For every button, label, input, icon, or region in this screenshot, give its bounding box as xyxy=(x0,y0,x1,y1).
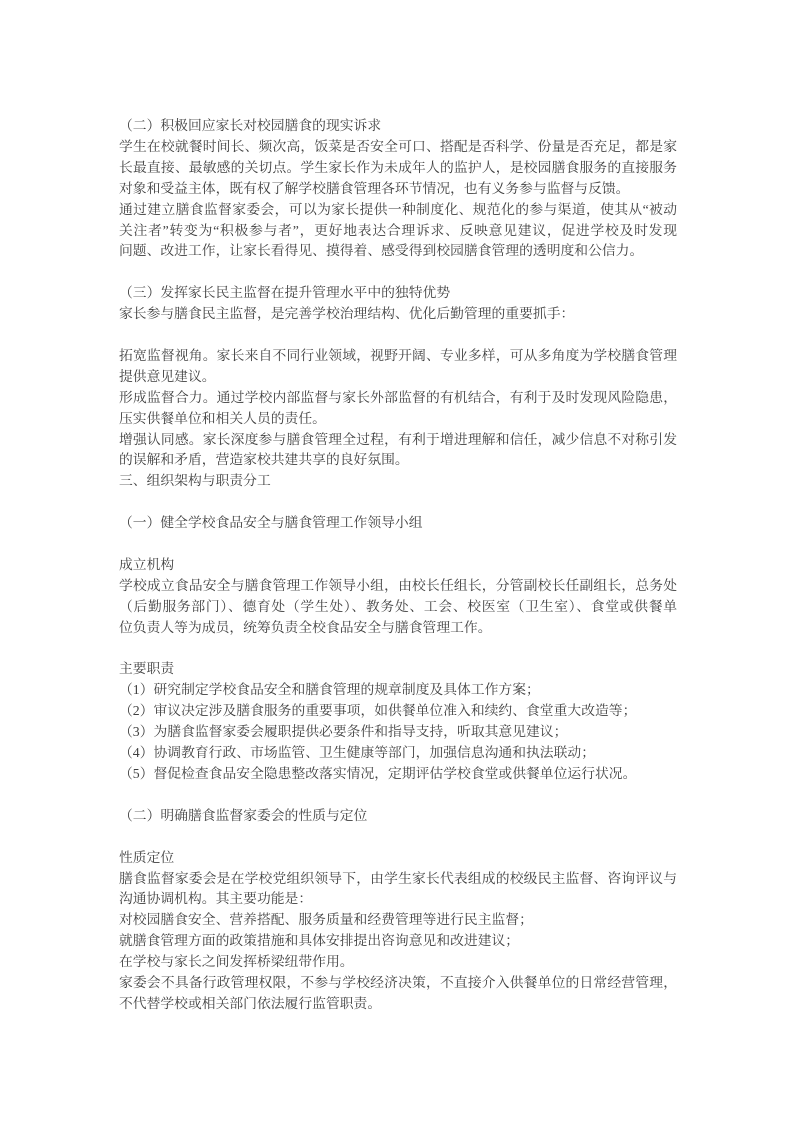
heading-section-2: （二）积极回应家长对校园膳食的现实诉求 xyxy=(119,116,677,137)
document-body: （二）积极回应家长对校园膳食的现实诉求学生在校就餐时间长、频次高，饭菜是否安全可… xyxy=(119,116,677,1015)
duty-item-4-line-1: （4）协调教育行政、市场监管、卫生健康等部门，加强信息沟通和执法联动； xyxy=(119,743,677,764)
subheading-establish-org: 成立机构 xyxy=(119,555,677,576)
para-parents-concerns: 学生在校就餐时间长、频次高，饭菜是否安全可口、搭配是否科学、份量是否充足，都是家… xyxy=(119,137,677,200)
para-broaden-view: 拓宽监督视角。家长来自不同行业领域，视野开阔、专业多样，可从多角度为学校膳食管理… xyxy=(119,346,677,388)
heading-section-2-line-1: （二）积极回应家长对校园膳食的现实诉求 xyxy=(119,116,677,137)
para-broaden-view-line-1: 拓宽监督视角。家长来自不同行业领域，视野开阔、专业多样，可从多角度为学校膳食管理 xyxy=(119,346,677,367)
duty-item-2-line-1: （2）审议决定涉及膳食服务的重要事项，如供餐单位准入和续约、食堂重大改造等； xyxy=(119,701,677,722)
duty-item-2: （2）审议决定涉及膳食服务的重要事项，如供餐单位准入和续约、食堂重大改造等； xyxy=(119,701,677,722)
para-committee-nature-line-1: 膳食监督家委会是在学校党组织领导下，由学生家长代表组成的校级民主监督、咨询评议与 xyxy=(119,869,677,890)
duty-item-1: （1）研究制定学校食品安全和膳食管理的规章制度及具体工作方案； xyxy=(119,680,677,701)
heading-3-1-leading-group: （一）健全学校食品安全与膳食管理工作领导小组 xyxy=(119,513,677,534)
para-leading-group-members-line-1: 学校成立食品安全与膳食管理工作领导小组，由校长任组长，分管副校长任副组长，总务处 xyxy=(119,576,677,597)
para-mutual-trust: 增强认同感。家长深度参与膳食管理全过程，有利于增进理解和信任，减少信息不对称引发… xyxy=(119,430,677,472)
para-leading-group-members-line-3: 位负责人等为成员，统筹负责全校食品安全与膳食管理工作。 xyxy=(119,618,677,639)
para-committee-nature-line-2: 沟通协调机构。其主要功能是： xyxy=(119,889,677,910)
para-supervision-intro: 家长参与膳食民主监督，是完善学校治理结构、优化后勤管理的重要抓手： xyxy=(119,304,677,325)
blank-line-4 xyxy=(119,534,677,555)
blank-line-1 xyxy=(119,262,677,283)
para-broaden-view-line-2: 提供意见建议。 xyxy=(119,367,677,388)
para-mutual-trust-line-1: 增强认同感。家长深度参与膳食管理全过程，有利于增进理解和信任，减少信息不对称引发 xyxy=(119,430,677,451)
function-item-1-line-1: 对校园膳食安全、营养搭配、服务质量和经费管理等进行民主监督； xyxy=(119,910,677,931)
para-leading-group-members-line-2: （后勤服务部门）、德育处（学生处）、教务处、工会、校医室（卫生室）、食堂或供餐单 xyxy=(119,597,677,618)
para-committee-nature: 膳食监督家委会是在学校党组织领导下，由学生家长代表组成的校级民主监督、咨询评议与… xyxy=(119,869,677,911)
blank-line-5 xyxy=(119,639,677,660)
heading-chapter-3-line-1: 三、组织架构与职责分工 xyxy=(119,471,677,492)
duty-item-1-line-1: （1）研究制定学校食品安全和膳食管理的规章制度及具体工作方案； xyxy=(119,680,677,701)
blank-line-2 xyxy=(119,325,677,346)
duty-item-3-line-1: （3）为膳食监督家委会履职提供必要条件和指导支持，听取其意见建议； xyxy=(119,722,677,743)
subheading-establish-org-line-1: 成立机构 xyxy=(119,555,677,576)
duty-item-4: （4）协调教育行政、市场监管、卫生健康等部门，加强信息沟通和执法联动； xyxy=(119,743,677,764)
blank-line-7 xyxy=(119,827,677,848)
para-committee-limits-line-2: 不代替学校或相关部门依法履行监管职责。 xyxy=(119,994,677,1015)
function-item-2: 就膳食管理方面的政策措施和具体安排提出咨询意见和改进建议； xyxy=(119,931,677,952)
heading-3-2-committee-nature-line-1: （二）明确膳食监督家委会的性质与定位 xyxy=(119,806,677,827)
function-item-1: 对校园膳食安全、营养搭配、服务质量和经费管理等进行民主监督； xyxy=(119,910,677,931)
subheading-main-duties: 主要职责 xyxy=(119,659,677,680)
para-committee-channel-line-1: 通过建立膳食监督家委会，可以为家长提供一种制度化、规范化的参与渠道，使其从“被动 xyxy=(119,200,677,221)
heading-3-2-committee-nature: （二）明确膳食监督家委会的性质与定位 xyxy=(119,806,677,827)
duty-item-3: （3）为膳食监督家委会履职提供必要条件和指导支持，听取其意见建议； xyxy=(119,722,677,743)
para-committee-channel-line-2: 关注者”转变为“积极参与者”，更好地表达合理诉求、反映意见建议，促进学校及时发现 xyxy=(119,221,677,242)
para-committee-channel: 通过建立膳食监督家委会，可以为家长提供一种制度化、规范化的参与渠道，使其从“被动… xyxy=(119,200,677,263)
para-parents-concerns-line-3: 对象和受益主体，既有权了解学校膳食管理各环节情况，也有义务参与监督与反馈。 xyxy=(119,179,677,200)
para-mutual-trust-line-2: 的误解和矛盾，营造家校共建共享的良好氛围。 xyxy=(119,450,677,471)
para-committee-channel-line-3: 问题、改进工作，让家长看得见、摸得着、感受得到校园膳食管理的透明度和公信力。 xyxy=(119,241,677,262)
function-item-3: 在学校与家长之间发挥桥梁纽带作用。 xyxy=(119,952,677,973)
document-page: （二）积极回应家长对校园膳食的现实诉求学生在校就餐时间长、频次高，饭菜是否安全可… xyxy=(0,0,793,1122)
para-supervision-intro-line-1: 家长参与膳食民主监督，是完善学校治理结构、优化后勤管理的重要抓手： xyxy=(119,304,677,325)
function-item-3-line-1: 在学校与家长之间发挥桥梁纽带作用。 xyxy=(119,952,677,973)
para-joint-supervision: 形成监督合力。通过学校内部监督与家长外部监督的有机结合，有利于及时发现风险隐患，… xyxy=(119,388,677,430)
subheading-nature-position-line-1: 性质定位 xyxy=(119,848,677,869)
heading-3-1-leading-group-line-1: （一）健全学校食品安全与膳食管理工作领导小组 xyxy=(119,513,677,534)
heading-section-3-line-1: （三）发挥家长民主监督在提升管理水平中的独特优势 xyxy=(119,283,677,304)
duty-item-5-line-1: （5）督促检查食品安全隐患整改落实情况，定期评估学校食堂或供餐单位运行状况。 xyxy=(119,764,677,785)
para-joint-supervision-line-1: 形成监督合力。通过学校内部监督与家长外部监督的有机结合，有利于及时发现风险隐患， xyxy=(119,388,677,409)
para-committee-limits: 家委会不具备行政管理权限，不参与学校经济决策，不直接介入供餐单位的日常经营管理，… xyxy=(119,973,677,1015)
subheading-nature-position: 性质定位 xyxy=(119,848,677,869)
para-joint-supervision-line-2: 压实供餐单位和相关人员的责任。 xyxy=(119,409,677,430)
blank-line-3 xyxy=(119,492,677,513)
para-parents-concerns-line-2: 长最直接、最敏感的关切点。学生家长作为未成年人的监护人，是校园膳食服务的直接服务 xyxy=(119,158,677,179)
heading-section-3: （三）发挥家长民主监督在提升管理水平中的独特优势 xyxy=(119,283,677,304)
subheading-main-duties-line-1: 主要职责 xyxy=(119,659,677,680)
para-leading-group-members: 学校成立食品安全与膳食管理工作领导小组，由校长任组长，分管副校长任副组长，总务处… xyxy=(119,576,677,639)
duty-item-5: （5）督促检查食品安全隐患整改落实情况，定期评估学校食堂或供餐单位运行状况。 xyxy=(119,764,677,785)
para-parents-concerns-line-1: 学生在校就餐时间长、频次高，饭菜是否安全可口、搭配是否科学、份量是否充足，都是家 xyxy=(119,137,677,158)
blank-line-6 xyxy=(119,785,677,806)
heading-chapter-3: 三、组织架构与职责分工 xyxy=(119,471,677,492)
function-item-2-line-1: 就膳食管理方面的政策措施和具体安排提出咨询意见和改进建议； xyxy=(119,931,677,952)
para-committee-limits-line-1: 家委会不具备行政管理权限，不参与学校经济决策，不直接介入供餐单位的日常经营管理， xyxy=(119,973,677,994)
